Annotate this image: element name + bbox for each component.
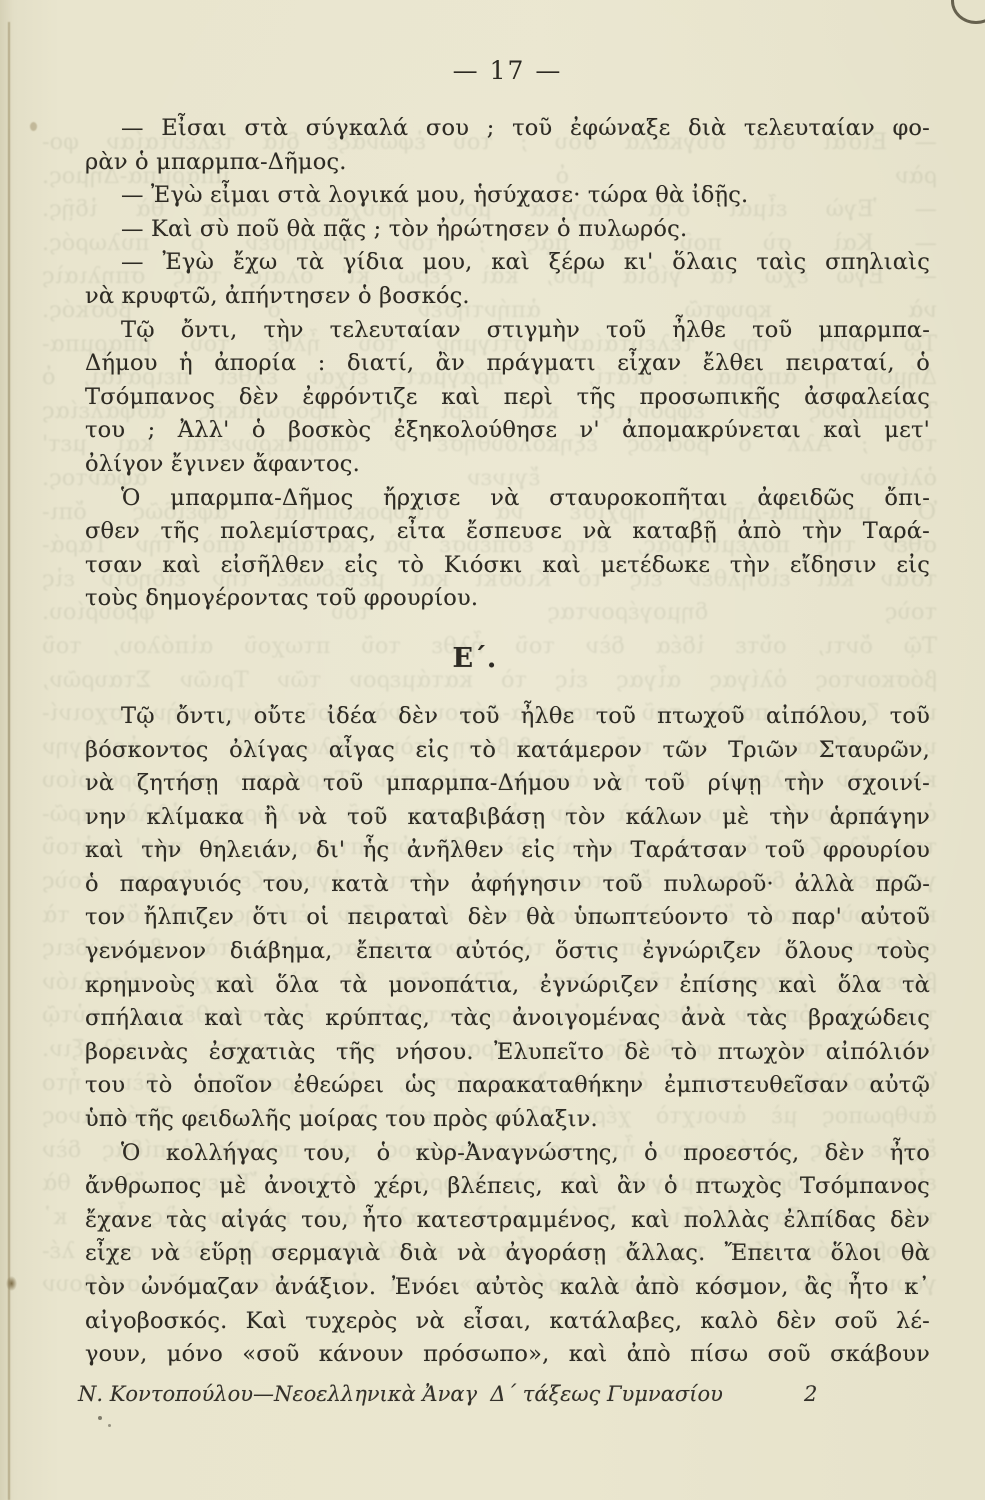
page-body: — Εἶσαι στὰ σύγκαλά σου ; τοῦ ἐφώναξε δι… xyxy=(85,112,930,1372)
text-line: — Ἐγὼ ἔχω τὰ γίδια μου, καὶ ξέρω κι' ὅλα… xyxy=(85,246,930,280)
text-line: του τὸ ὁποῖον ἐθεώρει ὡς παρακαταθήκην ἐ… xyxy=(85,1069,930,1103)
text-line: αἰγοβοσκός. Καὶ τυχερὸς νὰ εἶσαι, κατάλα… xyxy=(85,1305,930,1339)
ink-speck xyxy=(98,1416,102,1420)
text-line: νην κλίμακα ἢ νὰ τοῦ καταβιβάσῃ τὸν κάλω… xyxy=(85,801,930,835)
text-line: τοὺς δημογέροντας τοῦ φρουρίου. xyxy=(85,582,930,616)
text-line: Ὁ μπαρμπα-Δῆμος ἤρχισε νὰ σταυροκοπῆται … xyxy=(85,482,930,516)
text-line: τσαν καὶ εἰσῆλθεν εἰς τὸ Κιόσκι καὶ μετέ… xyxy=(85,549,930,583)
text-line: — Εἶσαι στὰ σύγκαλά σου ; τοῦ ἐφώναξε δι… xyxy=(85,112,930,146)
text-line: νὰ κρυφτῶ, ἀπήντησεν ὁ βοσκός. xyxy=(85,280,930,314)
ink-speck xyxy=(30,122,37,131)
footer-text: Ν. Κοντοπούλου—Νεοελληνικὰ Ἀναγ Δ΄ τάξεω… xyxy=(78,1382,723,1406)
ink-speck xyxy=(6,1276,17,1291)
text-line: τὸν ὠνόμαζαν ἀνάξιον. Ἐνόει αὐτὸς καλὰ ἀ… xyxy=(85,1271,930,1305)
text-line: ρὰν ὁ μπαρμπα-Δῆμος. xyxy=(85,146,930,180)
text-line: Ὁ κολλήγας του, ὁ κὺρ-Ἀναγνώστης, ὁ προε… xyxy=(85,1137,930,1171)
text-line: — Ἐγὼ εἶμαι στὰ λογικά μου, ἡσύχασε· τώρ… xyxy=(85,179,930,213)
text-line: ἄνθρωπος μὲ ἀνοιχτὸ χέρι, βλέπεις, καὶ ἂ… xyxy=(85,1170,930,1204)
text-line: Τσόμπανος δὲν ἐφρόντιζε καὶ περὶ τῆς προ… xyxy=(85,381,930,415)
text-line: Τῷ ὄντι, οὔτε ἰδέα δὲν τοῦ ἦλθε τοῦ πτωχ… xyxy=(85,700,930,734)
text-line: ὑπὸ τῆς φειδωλῆς μοίρας του πρὸς φύλαξιν… xyxy=(85,1103,930,1137)
text-line: ὁ παραγυιός του, κατὰ τὴν ἀφήγησιν τοῦ π… xyxy=(85,868,930,902)
ink-speck xyxy=(108,1424,111,1427)
page-number-header: — 17 — xyxy=(85,56,930,85)
text-line: σπήλαια καὶ τὰς κρύπτας, τὰς ἀνοιγομένας… xyxy=(85,1002,930,1036)
text-line: Τῷ ὄντι, τὴν τελευταίαν στιγμὴν τοῦ ἦλθε… xyxy=(85,314,930,348)
text-line: γενόμενον διάβημα, ἔπειτα αὐτός, ὅστις ἐ… xyxy=(85,935,930,969)
text-line: καὶ τὴν θηλειάν, δι' ἧς ἀνῆλθεν εἰς τὴν … xyxy=(85,834,930,868)
text-line: κρημνοὺς καὶ ὅλα τὰ μονοπάτια, ἐγνώριζεν… xyxy=(85,969,930,1003)
text-line: ὀλίγον ἔγινεν ἄφαντος. xyxy=(85,448,930,482)
text-line: γουν, μόνο «σοῦ κάνουν πρόσωπο», καὶ ἀπὸ… xyxy=(85,1338,930,1372)
text-line: τον ἤλπιζεν ὅτι οἱ πειραταὶ δὲν θὰ ὑπωπτ… xyxy=(85,901,930,935)
text-line: — Καὶ σὺ ποῦ θὰ πᾷς ; τὸν ἠρώτησεν ὁ πυλ… xyxy=(85,213,930,247)
book-page: — Εἶσαι στὰ σύγκαλά σου ; τοῦ ἐφώναξε δι… xyxy=(0,0,985,1500)
text-line: νὰ ζητήσῃ παρὰ τοῦ μπαρμπα-Δήμου νὰ τοῦ … xyxy=(85,767,930,801)
footer-page-number: 2 xyxy=(804,1382,817,1406)
text-line: του ; Ἀλλ' ὁ βοσκὸς ἐξηκολούθησε ν' ἀπομ… xyxy=(85,414,930,448)
text-line: εἶχε νὰ εὕρῃ σερμαγιὰ διὰ νὰ ἀγοράσῃ ἄλλ… xyxy=(85,1237,930,1271)
page-footer: Ν. Κοντοπούλου—Νεοελληνικὰ Ἀναγ Δ΄ τάξεω… xyxy=(78,1382,938,1406)
text-line: Δήμου ἡ ἀπορία : διατί, ἂν πράγματι εἶχα… xyxy=(85,347,930,381)
text-line: βόσκοντος ὀλίγας αἶγας εἰς τὸ κατάμερον … xyxy=(85,734,930,768)
text-line: ἔχανε τὰς αἰγάς του, ἦτο κατεστραμμένος,… xyxy=(85,1204,930,1238)
text-line: σθεν τῆς πολεμίστρας, εἶτα ἔσπευσε νὰ κα… xyxy=(85,515,930,549)
section-heading: Ε΄. xyxy=(52,642,897,676)
text-line: βορεινὰς ἐσχατιὰς τῆς νήσου. Ἐλυπεῖτο δὲ… xyxy=(85,1036,930,1070)
corner-artifact xyxy=(951,0,985,24)
